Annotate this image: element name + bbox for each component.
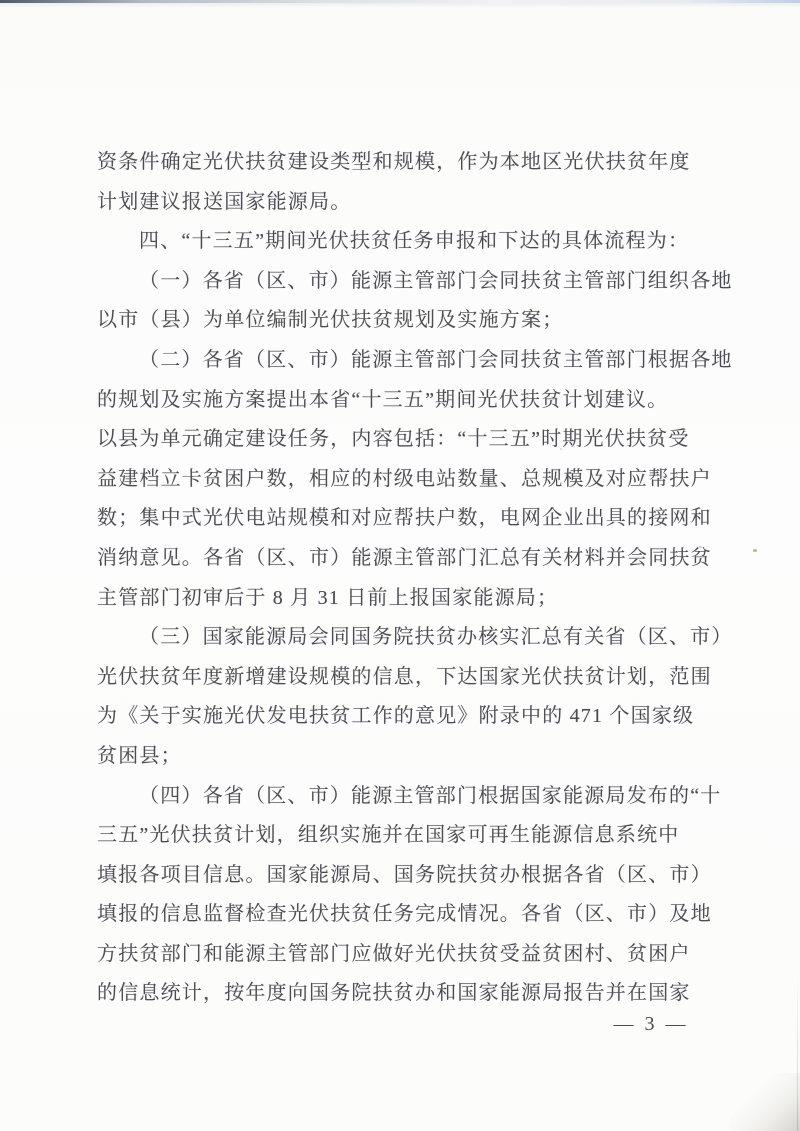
document-line: 益建档立卡贫困户数，相应的村级电站数量、总规模及对应帮扶户 [97,460,699,500]
document-line: 主管部门初审后于 8 月 31 日前上报国家能源局； [97,579,699,619]
document-line-text: （三）国家能源局会同国务院扶贫办核实汇总有关省（区、市） [139,626,733,648]
document-line: 贫困县； [97,737,699,777]
document-line: 计划建议报送国家能源局。 [97,183,699,223]
scan-speck [753,549,757,552]
scan-speck [560,448,562,450]
document-body-text: 资条件确定光伏扶贫建设类型和规模，作为本地区光伏扶贫年度 计划建议报送国家能源局… [97,143,699,1014]
document-line: 填报各项目信息。国家能源局、国务院扶贫办根据各省（区、市） [97,856,699,896]
document-line: （三）国家能源局会同国务院扶贫办核实汇总有关省（区、市） [97,618,699,658]
document-line-text: 主管部门初审后于 8 月 31 日前上报国家能源局； [97,587,558,609]
document-line-text: 以县为单元确定建设任务，内容包括：“十三五”时期光伏扶贫受 [97,428,690,450]
document-line-text: 为《关于实施光伏发电扶贫工作的意见》附录中的 471 个国家级 [97,705,694,727]
document-line: 以县为单元确定建设任务，内容包括：“十三五”时期光伏扶贫受 [97,420,699,460]
document-line: 光伏扶贫年度新增建设规模的信息，下达国家光伏扶贫计划，范围 [97,658,699,698]
page-corner-shadow [730,1073,800,1131]
document-line: 方扶贫部门和能源主管部门应做好光伏扶贫受益贫困村、贫困户 [97,935,699,975]
document-line-text: 填报的信息监督检查光伏扶贫任务完成情况。各省（区、市）及地 [97,903,712,925]
page-number: — 3 — [601,1008,701,1040]
document-line: 的规划及实施方案提出本省“十三五”期间光伏扶贫计划建议。 [97,381,699,421]
document-line-text: （二）各省（区、市）能源主管部门会同扶贫主管部门根据各地 [139,349,733,371]
document-line: （一）各省（区、市）能源主管部门会同扶贫主管部门组织各地 [97,262,699,302]
document-line: 资条件确定光伏扶贫建设类型和规模，作为本地区光伏扶贫年度 [97,143,699,183]
document-line-text: 贫困县； [97,745,182,767]
document-line-text: 以市（县）为单位编制光伏扶贫规划及实施方案； [97,309,563,331]
document-line-text: 四、“十三五”期间光伏扶贫任务申报和下达的具体流程为： [139,230,689,252]
document-line: 填报的信息监督检查光伏扶贫任务完成情况。各省（区、市）及地 [97,895,699,935]
document-line-text: （四）各省（区、市）能源主管部门根据国家能源局发布的“十 [139,785,721,807]
scanner-edge-fade [0,3,800,8]
document-line-text: 填报各项目信息。国家能源局、国务院扶贫办根据各省（区、市） [97,864,712,886]
document-line: 消纳意见。各省（区、市）能源主管部门汇总有关材料并会同扶贫 [97,539,699,579]
document-line-text: 三五”光伏扶贫计划，组织实施并在国家可再生能源信息系统中 [97,824,679,846]
document-line-text: 的规划及实施方案提出本省“十三五”期间光伏扶贫计划建议。 [97,389,668,411]
document-line-text: 资条件确定光伏扶贫建设类型和规模，作为本地区光伏扶贫年度 [97,151,691,173]
document-line-text: 消纳意见。各省（区、市）能源主管部门汇总有关材料并会同扶贫 [97,547,712,569]
document-line-text: 益建档立卡贫困户数，相应的村级电站数量、总规模及对应帮扶户 [97,468,712,490]
document-line: 数；集中式光伏电站规模和对应帮扶户数，电网企业出具的接网和 [97,499,699,539]
document-line: （四）各省（区、市）能源主管部门根据国家能源局发布的“十 [97,777,699,817]
document-line-text: （一）各省（区、市）能源主管部门会同扶贫主管部门组织各地 [139,270,733,292]
document-line: 为《关于实施光伏发电扶贫工作的意见》附录中的 471 个国家级 [97,697,699,737]
document-line: （二）各省（区、市）能源主管部门会同扶贫主管部门根据各地 [97,341,699,381]
document-line: 四、“十三五”期间光伏扶贫任务申报和下达的具体流程为： [97,222,699,262]
document-line-text: 方扶贫部门和能源主管部门应做好光伏扶贫受益贫困村、贫困户 [97,943,691,965]
document-line-text: 光伏扶贫年度新增建设规模的信息，下达国家光伏扶贫计划，范围 [97,666,712,688]
scan-speck [699,546,702,548]
document-line-text: 的信息统计，按年度向国务院扶贫办和国家能源局报告并在国家 [97,982,691,1004]
document-line-text: 计划建议报送国家能源局。 [97,191,351,213]
scanned-document-page: 资条件确定光伏扶贫建设类型和规模，作为本地区光伏扶贫年度 计划建议报送国家能源局… [0,0,800,1131]
document-line-text: 数；集中式光伏电站规模和对应帮扶户数，电网企业出具的接网和 [97,507,712,529]
document-line: 三五”光伏扶贫计划，组织实施并在国家可再生能源信息系统中 [97,816,699,856]
document-line: 以市（县）为单位编制光伏扶贫规划及实施方案； [97,301,699,341]
